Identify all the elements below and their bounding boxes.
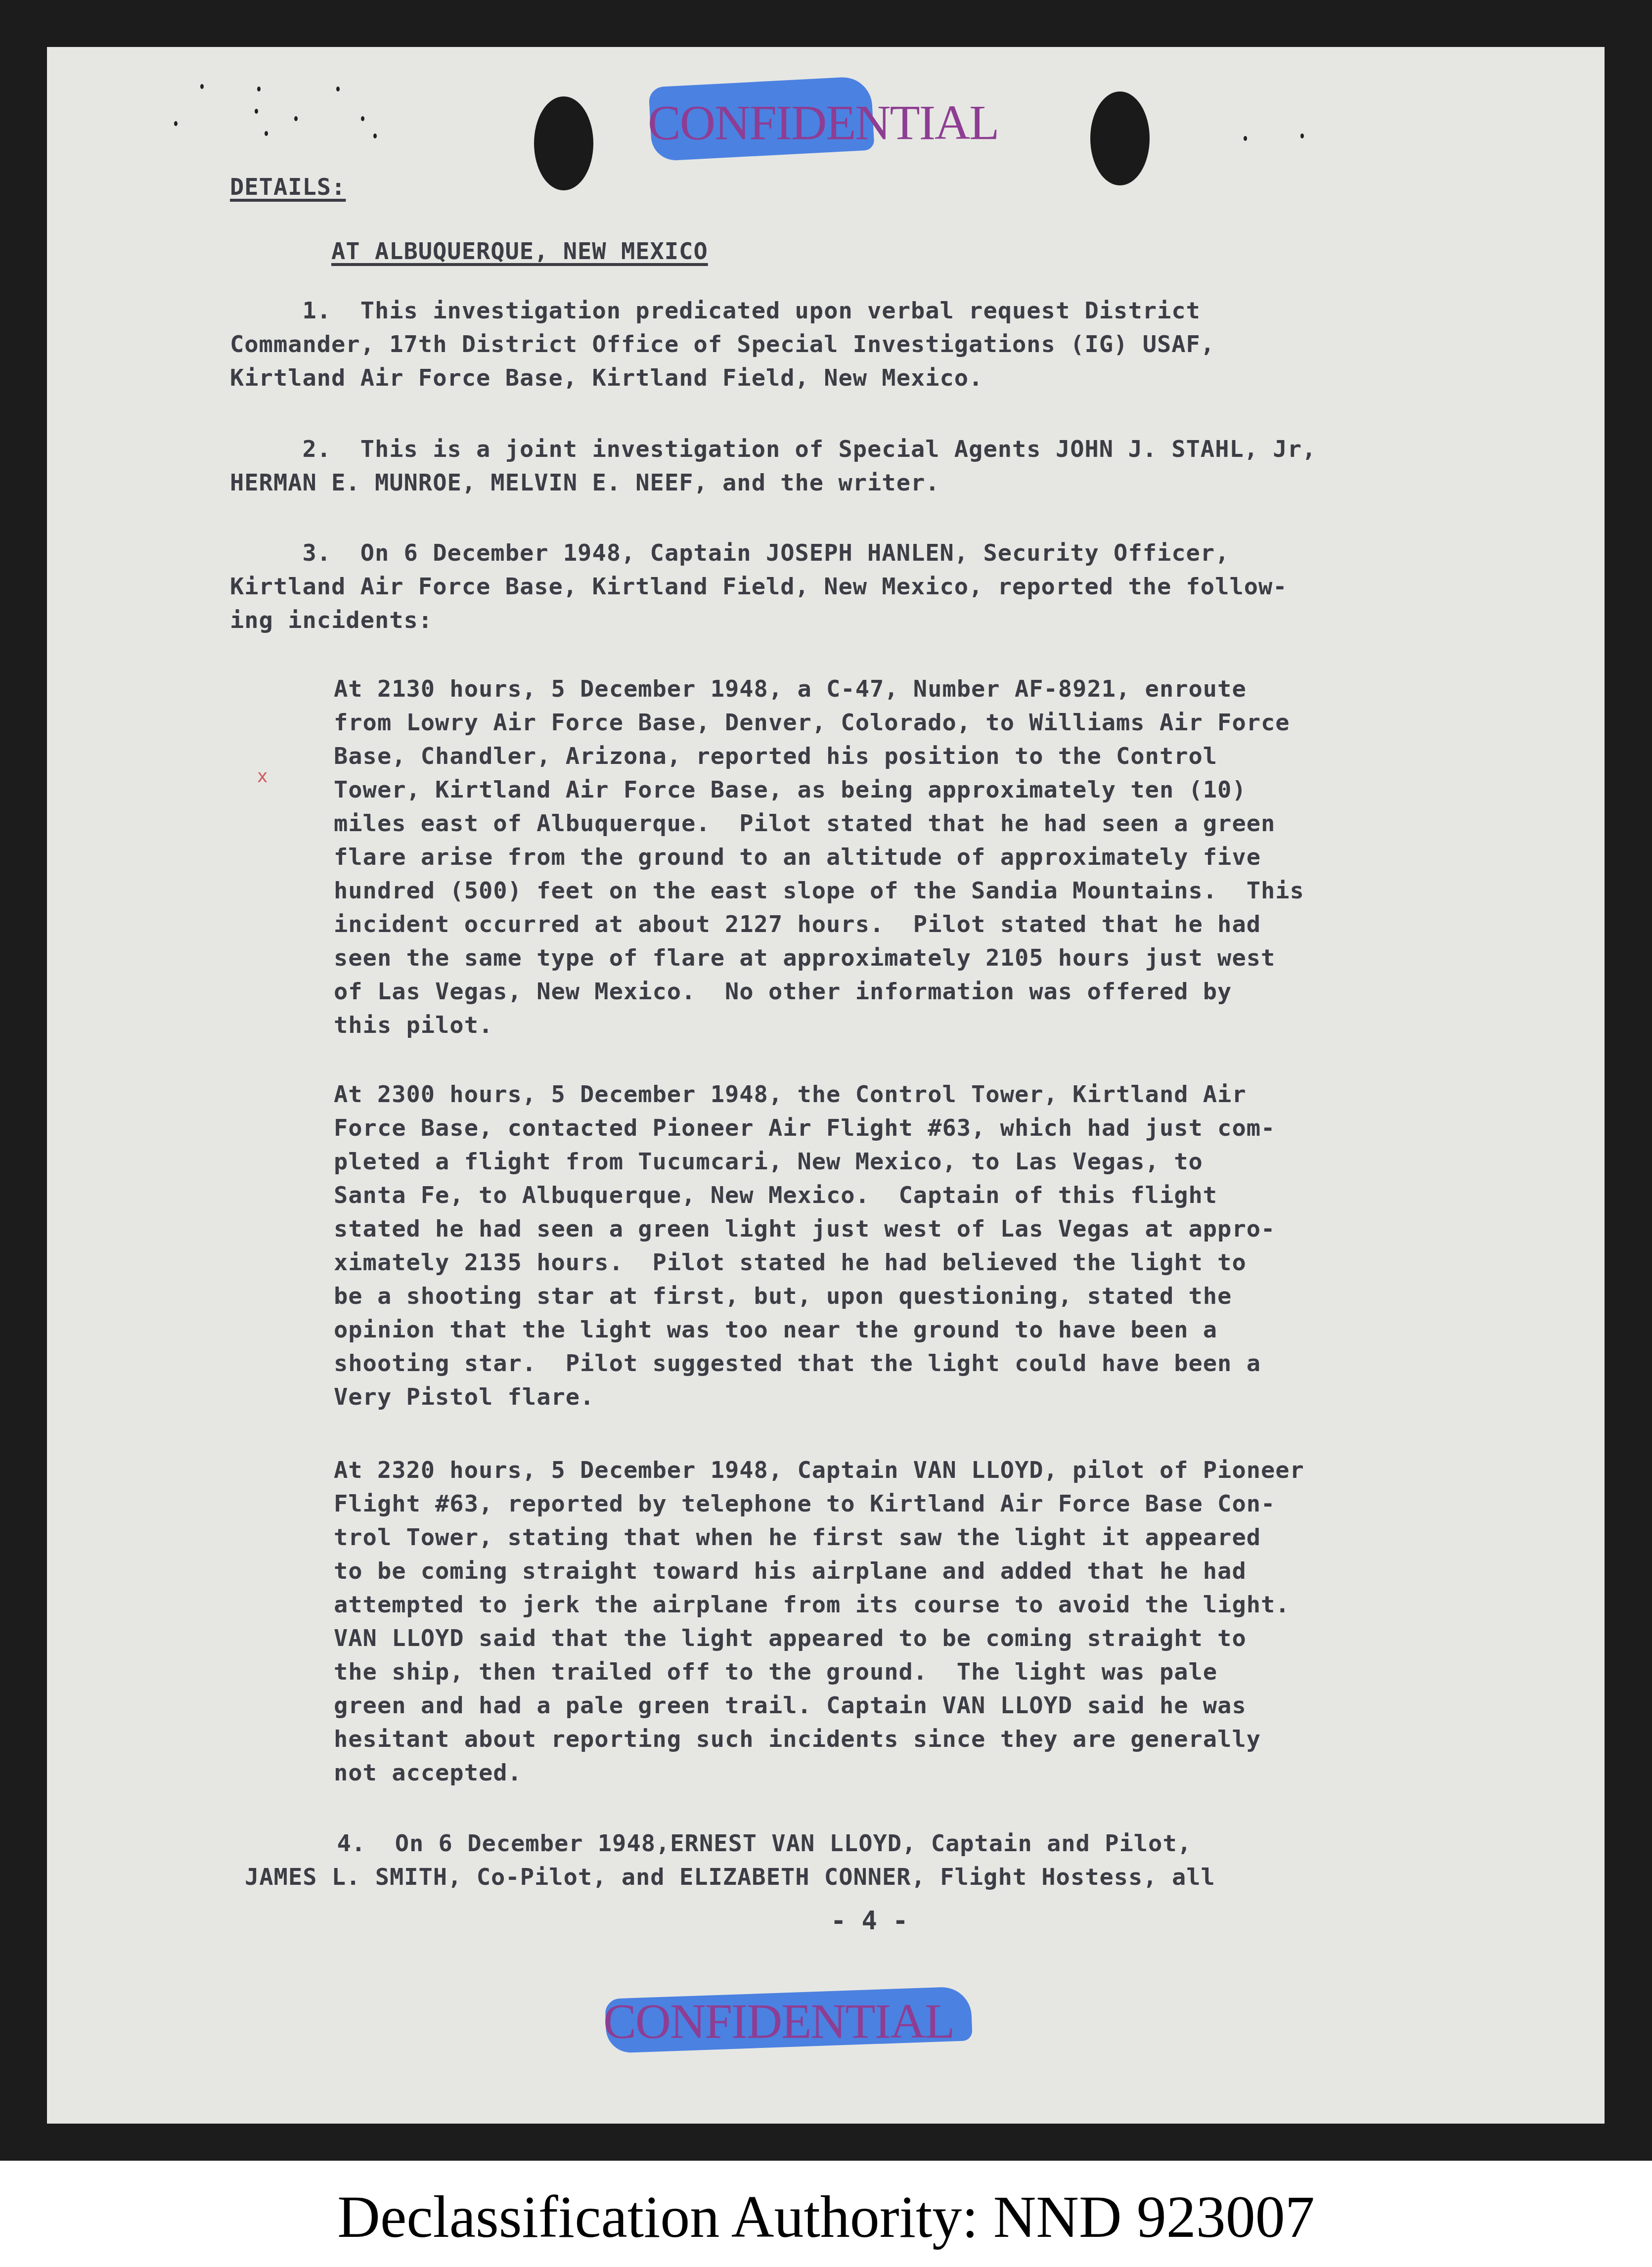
text-line: At 2320 hours, 5 December 1948, Captain …: [334, 1454, 1304, 1487]
text-line: Santa Fe, to Albuquerque, New Mexico. Ca…: [334, 1179, 1217, 1212]
text-line: VAN LLOYD said that the light appeared t…: [334, 1622, 1247, 1655]
speck: [257, 87, 261, 91]
speck: [336, 87, 340, 91]
text-line: this pilot.: [334, 1009, 493, 1042]
text-line: 2. This is a joint investigation of Spec…: [230, 433, 1316, 466]
text-line: stated he had seen a green light just we…: [334, 1212, 1275, 1246]
text-line: 4. On 6 December 1948,ERNEST VAN LLOYD, …: [265, 1827, 1192, 1861]
location-heading: AT ALBUQUERQUE, NEW MEXICO: [331, 235, 708, 268]
text-line: of Las Vegas, New Mexico. No other infor…: [334, 975, 1232, 1009]
text-line: the ship, then trailed off to the ground…: [334, 1655, 1217, 1689]
text-line: flare arise from the ground to an altitu…: [334, 841, 1261, 874]
text-line: Kirtland Air Force Base, Kirtland Field,…: [230, 361, 983, 395]
text-line: incident occurred at about 2127 hours. P…: [334, 908, 1261, 941]
text-line: not accepted.: [334, 1756, 522, 1790]
text-line: ing incidents:: [230, 604, 433, 637]
text-line: Flight #63, reported by telephone to Kir…: [334, 1487, 1275, 1521]
text-line: At 2300 hours, 5 December 1948, the Cont…: [334, 1078, 1247, 1111]
text-line: ximately 2135 hours. Pilot stated he had…: [334, 1246, 1247, 1280]
text-line: opinion that the light was too near the …: [334, 1313, 1217, 1347]
text-line: miles east of Albuquerque. Pilot stated …: [334, 807, 1275, 841]
declassification-caption: Declassification Authority: NND 923007: [0, 2183, 1652, 2251]
text-line: seen the same type of flare at approxima…: [334, 941, 1275, 975]
speck: [361, 116, 364, 121]
speck: [174, 121, 178, 126]
text-line: hundred (500) feet on the east slope of …: [334, 874, 1304, 908]
text-line: HERMAN E. MUNROE, MELVIN E. NEEF, and th…: [230, 466, 940, 500]
document-page: CONFIDENTIAL DETAILS: AT ALBUQUERQUE, NE…: [47, 47, 1605, 2124]
text-line: Force Base, contacted Pioneer Air Flight…: [334, 1111, 1275, 1145]
speck: [200, 84, 204, 89]
text-line: green and had a pale green trail. Captai…: [334, 1689, 1247, 1723]
text-line: to be coming straight toward his airplan…: [334, 1555, 1247, 1588]
text-line: be a shooting star at first, but, upon q…: [334, 1280, 1232, 1313]
speck: [265, 131, 268, 136]
page-number: - 4 -: [831, 1906, 908, 1936]
text-line: 1. This investigation predicated upon ve…: [230, 294, 1201, 328]
speck: [1244, 136, 1247, 141]
text-line: At 2130 hours, 5 December 1948, a C-47, …: [334, 672, 1247, 706]
speck: [1300, 133, 1304, 138]
text-line: JAMES L. SMITH, Co-Pilot, and ELIZABETH …: [245, 1861, 1215, 1894]
text-line: attempted to jerk the airplane from its …: [334, 1588, 1290, 1622]
speck: [373, 133, 377, 138]
confidential-stamp-top: CONFIDENTIAL: [648, 94, 998, 151]
text-line: from Lowry Air Force Base, Denver, Color…: [334, 706, 1290, 740]
text-line: Commander, 17th District Office of Speci…: [230, 328, 1215, 361]
margin-x-mark: x: [257, 766, 268, 787]
punch-hole-right: [1090, 91, 1150, 185]
section-label-details: DETAILS:: [230, 171, 346, 204]
confidential-stamp-bottom: CONFIDENTIAL: [603, 1993, 954, 2049]
text-line: 3. On 6 December 1948, Captain JOSEPH HA…: [230, 536, 1229, 570]
speck: [255, 109, 258, 114]
text-line: hesitant about reporting such incidents …: [334, 1723, 1261, 1756]
text-line: Tower, Kirtland Air Force Base, as being…: [334, 773, 1247, 807]
punch-hole-left: [534, 96, 593, 190]
text-line: Base, Chandler, Arizona, reported his po…: [334, 740, 1217, 773]
speck: [294, 116, 298, 121]
text-line: shooting star. Pilot suggested that the …: [334, 1347, 1261, 1380]
text-line: Kirtland Air Force Base, Kirtland Field,…: [230, 570, 1288, 604]
text-line: trol Tower, stating that when he first s…: [334, 1521, 1261, 1555]
text-line: pleted a flight from Tucumcari, New Mexi…: [334, 1145, 1203, 1179]
text-line: Very Pistol flare.: [334, 1380, 594, 1414]
